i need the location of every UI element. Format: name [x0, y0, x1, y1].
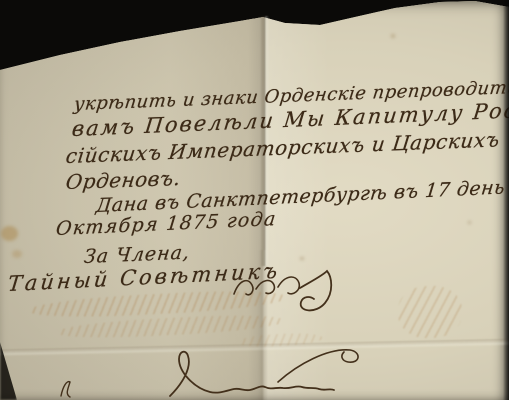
stain — [300, 257, 304, 260]
shadow-edge — [503, 0, 509, 400]
stain — [12, 250, 22, 258]
privy-councillor-signature — [230, 264, 342, 322]
stain — [1, 226, 18, 241]
stain — [391, 34, 395, 38]
document-line-4: Орденовъ. — [65, 168, 182, 192]
stain — [468, 221, 471, 224]
bottom-signature — [152, 338, 377, 400]
ink-bleedthrough — [397, 285, 463, 339]
photograph: укрѣпить и знаки Орденскіе препроводить … — [0, 0, 509, 400]
stray-ink-mark — [58, 376, 74, 400]
